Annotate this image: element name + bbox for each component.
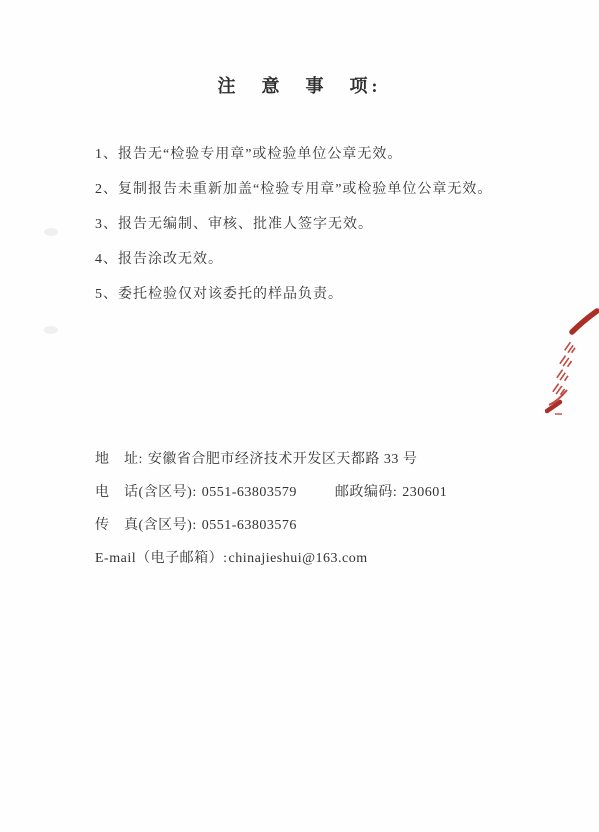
seal-border-top-arc	[572, 311, 597, 332]
notice-item-4: 4、报告涂改无效。	[95, 252, 559, 267]
contact-block: 地 址:安徽省合肥市经济技术开发区天都路 33 号 电 话(含区号):0551-…	[95, 452, 559, 584]
scan-artifact	[44, 228, 58, 236]
phone-value: 0551-63803579	[202, 485, 297, 500]
seal-glyph-3	[557, 370, 569, 383]
phone-label: 电 话(含区号):	[95, 485, 197, 500]
email-row: E-mail（电子邮箱）:chinajieshui@163.com	[95, 551, 559, 566]
red-seal-fragment	[545, 298, 599, 416]
postal-code-value: 230601	[402, 485, 447, 500]
address-row: 地 址:安徽省合肥市经济技术开发区天都路 33 号	[95, 452, 559, 467]
email-label: E-mail（电子邮箱）:	[95, 551, 228, 566]
notice-item-3: 3、报告无编制、审核、批准人签字无效。	[95, 217, 559, 232]
phone-row: 电 话(含区号):0551-63803579邮政编码:230601	[95, 485, 559, 500]
scan-artifact	[44, 326, 58, 334]
fax-row: 传 真(含区号):0551-63803576	[95, 518, 559, 533]
notice-item-1: 1、报告无“检验专用章”或检验单位公章无效。	[95, 147, 559, 162]
notice-item-5: 5、委托检验仅对该委托的样品负责。	[95, 287, 559, 302]
seal-glyph-2	[560, 356, 572, 369]
seal-glyph-1	[565, 342, 576, 354]
address-value: 安徽省合肥市经济技术开发区天都路 33 号	[148, 452, 418, 467]
document-page: 注 意 事 项: 1、报告无“检验专用章”或检验单位公章无效。 2、复制报告未重…	[0, 0, 599, 832]
notice-list: 1、报告无“检验专用章”或检验单位公章无效。 2、复制报告未重新加盖“检验专用章…	[95, 147, 559, 322]
postal-code-label: 邮政编码:	[335, 485, 397, 500]
fax-label: 传 真(含区号):	[95, 518, 197, 533]
notice-item-2: 2、复制报告未重新加盖“检验专用章”或检验单位公章无效。	[95, 182, 559, 197]
seal-glyph-strokes	[553, 342, 576, 396]
address-label: 地 址:	[95, 452, 143, 467]
page-title: 注 意 事 项:	[0, 72, 599, 98]
fax-value: 0551-63803576	[202, 518, 297, 533]
email-value: chinajieshui@163.com	[229, 551, 368, 566]
